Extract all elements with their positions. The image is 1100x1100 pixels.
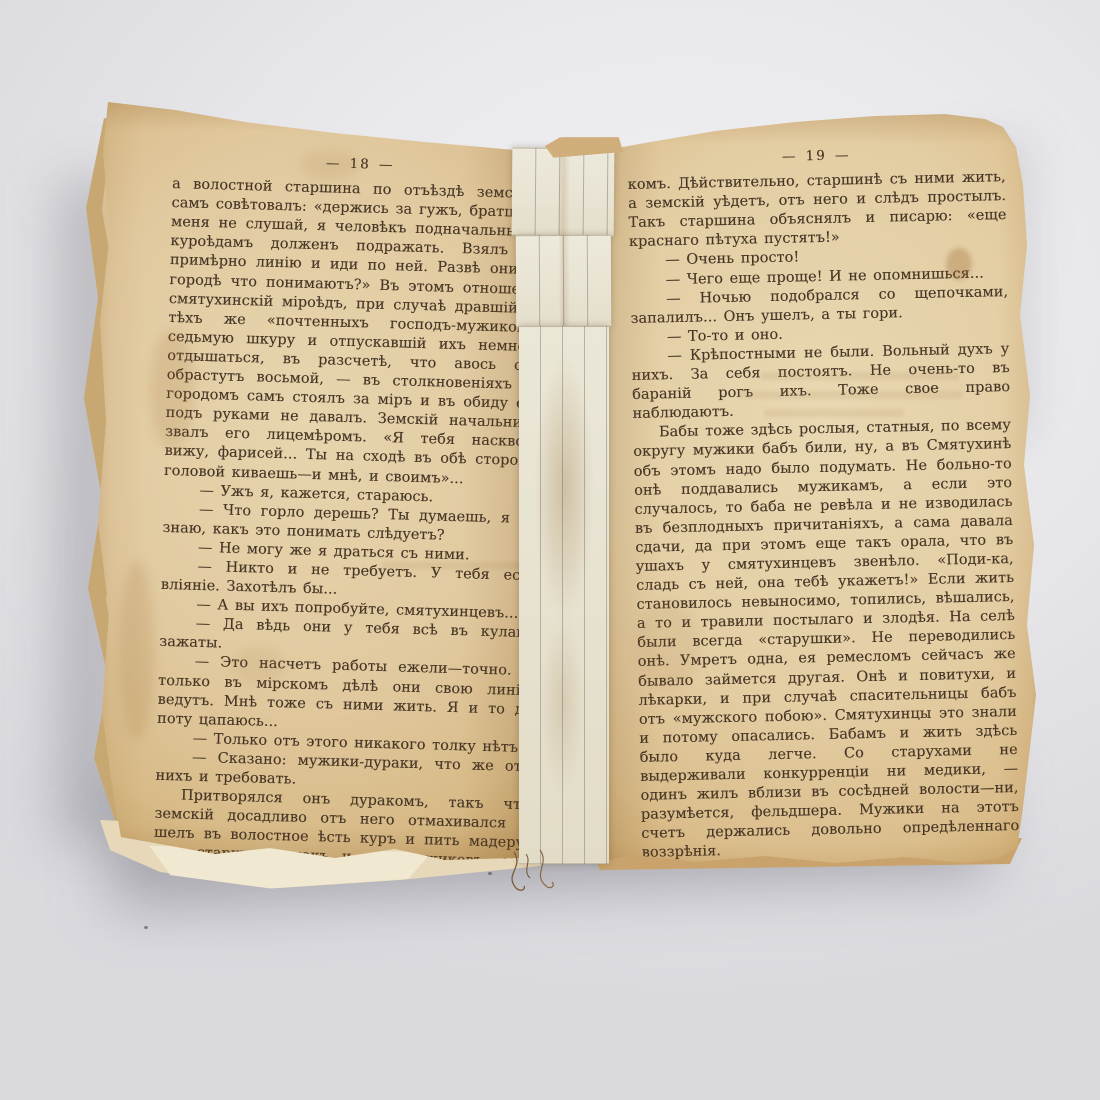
photo-canvas: { "left_page": { "page_number": "— 18 —"… xyxy=(0,0,1100,1100)
text-showthrough xyxy=(760,372,960,380)
binding-threads xyxy=(496,848,586,896)
dialog-line: — Сказано: мужики-дураки, что же отъ них… xyxy=(155,748,531,797)
dust-speck xyxy=(144,926,148,929)
dialog-line: — А вы ихъ попробуйте, смятухинцевъ... xyxy=(160,595,535,625)
text-showthrough xyxy=(764,409,904,417)
text-showthrough xyxy=(738,391,963,399)
spine-tape-long-strip xyxy=(519,326,609,864)
foxing-stain xyxy=(636,600,700,690)
right-page: — 19 — комъ. Дѣйствительно, старшинѣ съ … xyxy=(575,105,1050,890)
dialog-line: — Ужъ я, кажется, стараюсь. xyxy=(163,480,538,510)
foxing-stain xyxy=(120,560,154,740)
foxing-stain xyxy=(232,648,284,684)
spine-tape-middle-patch xyxy=(516,235,611,327)
left-page-number: — 18 — xyxy=(172,150,547,180)
dialog-line: — Что горло дерешь? Ты думаешь, я не зна… xyxy=(162,500,538,549)
left-page: — 18 — а волостной старшина по отъѣздѣ з… xyxy=(85,92,580,872)
foxing-stain xyxy=(300,150,360,180)
dialog-line: — То-то и оно. xyxy=(631,321,1009,348)
dialog-line: — Ночью подобрался со щепочками, запалил… xyxy=(630,283,1009,329)
text-showthrough xyxy=(382,562,532,569)
foxing-stain xyxy=(150,330,194,450)
paragraph: а волостной старшина по отъѣздѣ земскаго… xyxy=(164,175,547,491)
dust-speck xyxy=(488,872,492,875)
spine-tape-upper-patch xyxy=(512,148,615,237)
dialog-line: — Только отъ этого никакого толку нѣтъ. xyxy=(156,729,531,759)
left-page-text: — 18 — а волостной старшина по отъѣздѣ з… xyxy=(153,150,548,892)
dialog-line: — Это насчетъ работы ежели—точно. А толь… xyxy=(157,652,534,739)
right-page-number: — 19 — xyxy=(627,143,1005,170)
foxing-stain xyxy=(946,248,972,280)
dialog-line: — Да вѣдь они у тебя всѣ въ кулакъ зажат… xyxy=(159,614,535,663)
paragraph: комъ. Дѣйствительно, старшинѣ съ ними жи… xyxy=(628,168,1008,252)
